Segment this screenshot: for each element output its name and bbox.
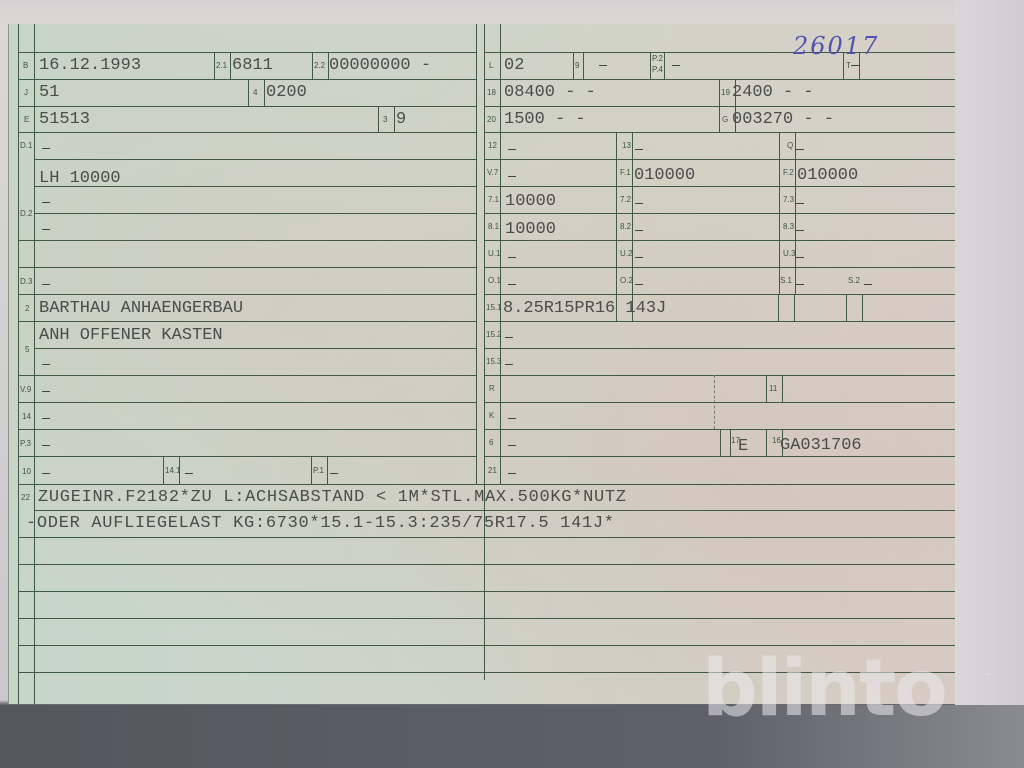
label-8-1: 8.1 xyxy=(488,223,499,231)
label-L: L xyxy=(489,62,493,70)
field-2-manufacturer: BARTHAU ANHAENGERBAU xyxy=(39,300,243,317)
field-O-1-trailer-braked xyxy=(508,284,516,285)
label-S-1: S.1 xyxy=(780,277,792,285)
field-5-line2 xyxy=(42,364,50,365)
remarks-line-2: -ODER AUFLIEGELAST KG:6730*15.1-15.3:235… xyxy=(26,515,615,532)
label-6: 6 xyxy=(489,439,493,447)
label-22: 22 xyxy=(21,494,30,502)
field-2-1-manufacturer-code: 6811 xyxy=(232,57,273,74)
label-20: 20 xyxy=(487,116,496,124)
label-U-1: U.1 xyxy=(488,250,500,258)
field-D-1-type: LH 10000 xyxy=(39,170,121,187)
field-19-width: 2400 - - xyxy=(732,84,814,101)
center-divider xyxy=(476,24,477,484)
field-16-document-number: GA031706 xyxy=(780,437,862,454)
field-E-vin-check: 51513 xyxy=(39,111,90,128)
field-L-axles: 02 xyxy=(504,57,524,74)
field-8-1-axle1-permitted: 10000 xyxy=(505,221,556,238)
field-14-1-emission-code xyxy=(185,473,193,474)
field-17-approval-type: E xyxy=(738,438,748,455)
field-15-2-tyres-axle2 xyxy=(505,337,513,338)
label-F-1: F.1 xyxy=(620,169,631,177)
label-15-3: 15.3 xyxy=(486,358,502,366)
label-O-1: O.1 xyxy=(488,277,501,285)
label-P-1: P.1 xyxy=(313,467,324,475)
label-G: G xyxy=(722,116,728,124)
label-4: 4 xyxy=(253,89,257,97)
field-D-3-trade-name xyxy=(42,284,50,285)
field-Q-power-weight xyxy=(796,149,804,150)
field-V-7-co2 xyxy=(508,176,516,177)
blinto-watermark-logo: blinto xyxy=(702,650,946,728)
field-8-3-axle3-permitted xyxy=(796,230,804,231)
label-2-2: 2.2 xyxy=(314,62,325,70)
label-21: 21 xyxy=(488,467,497,475)
label-5: 5 xyxy=(25,346,29,354)
label-15-1: 15.1 xyxy=(486,304,502,312)
label-O-2: O.2 xyxy=(620,277,633,285)
field-15-1-tyres-axle1: 8.25R15PR16 143J xyxy=(503,300,666,317)
margin-line xyxy=(8,24,9,704)
field-V-9-emission-class xyxy=(42,391,50,392)
field-13-support-load xyxy=(635,149,643,150)
label-U-3: U.3 xyxy=(783,250,795,258)
label-11: 11 xyxy=(769,385,777,393)
field-14-emission-directive xyxy=(42,418,50,419)
label-10: 10 xyxy=(22,468,31,476)
field-F-2-max-mass-permitted: 010000 xyxy=(797,167,858,184)
field-9-driven-axles xyxy=(599,65,607,66)
field-6-approval-date xyxy=(508,445,516,446)
field-15-3-tyres-axle3 xyxy=(505,364,513,365)
field-10-fuel-code xyxy=(42,473,50,474)
label-F-2: F.2 xyxy=(783,169,794,177)
label-15-2: 15.2 xyxy=(486,331,502,339)
label-7-1: 7.1 xyxy=(488,196,499,204)
field-U-1-noise-stationary xyxy=(508,257,516,258)
label-13: 13 xyxy=(622,142,631,150)
field-5-vehicle-type: ANH OFFENER KASTEN xyxy=(39,327,223,344)
label-18: 18 xyxy=(487,89,496,97)
trademark-symbol: ™ xyxy=(985,672,993,681)
label-R: R xyxy=(489,385,495,393)
field-U-3-noise-driving xyxy=(796,257,804,258)
registration-document: B 16.12.1993 2.1 6811 2.2 00000000 - J 5… xyxy=(8,24,955,704)
label-K: K xyxy=(489,412,494,420)
label-Q: Q xyxy=(787,142,793,150)
field-F-1-max-mass-technical: 010000 xyxy=(634,167,695,184)
field-18-length: 08400 - - xyxy=(504,84,596,101)
field-G-empty-mass: 003270 - - xyxy=(732,111,834,128)
label-19: 19 xyxy=(721,89,730,97)
remarks-line-1: ZUGEINR.F2182*ZU L:ACHSABSTAND < 1M*STL.… xyxy=(38,489,627,506)
field-B-first-registration-date: 16.12.1993 xyxy=(39,57,141,74)
field-S-1-seats xyxy=(796,284,804,285)
background-surface-right xyxy=(955,0,1024,768)
label-P-4: P.4 xyxy=(652,66,663,74)
field-3-check-digit: 9 xyxy=(396,111,406,128)
label-S-2: S.2 xyxy=(848,277,860,285)
field-4-body-type: 0200 xyxy=(266,84,307,101)
field-7-2-axle2-load xyxy=(635,203,643,204)
field-T-max-speed xyxy=(851,65,859,66)
label-3: 3 xyxy=(383,116,387,124)
field-20-height: 1500 - - xyxy=(504,111,586,128)
label-14-1: 14.1 xyxy=(165,467,181,475)
field-8-2-axle2-permitted xyxy=(635,230,643,231)
label-7-2: 7.2 xyxy=(620,196,631,204)
label-2-1: 2.1 xyxy=(216,62,227,70)
field-D-2-variant xyxy=(42,202,50,203)
label-D-2: D.2 xyxy=(20,210,32,218)
field-U-2-engine-speed xyxy=(635,257,643,258)
label-V-7: V.7 xyxy=(487,169,498,177)
label-J: J xyxy=(24,89,28,97)
label-E: E xyxy=(24,116,29,124)
field-P-3-fuel-type xyxy=(42,445,50,446)
label-D-3: D.3 xyxy=(20,278,32,286)
label-12: 12 xyxy=(488,142,497,150)
margin-line xyxy=(18,24,19,704)
label-P-3: P.3 xyxy=(20,440,31,448)
center-divider xyxy=(484,24,485,680)
field-P-2-P-4-power xyxy=(672,65,680,66)
label-B: B xyxy=(23,62,28,70)
field-J-vehicle-class: 51 xyxy=(39,84,59,101)
field-7-3-axle3-load xyxy=(796,203,804,204)
field-K-type-approval xyxy=(508,418,516,419)
label-14: 14 xyxy=(22,413,31,421)
field-12-tank-volume xyxy=(508,149,516,150)
label-2: 2 xyxy=(25,305,29,313)
label-8-3: 8.3 xyxy=(783,223,794,231)
field-7-1-axle1-load: 10000 xyxy=(505,193,556,210)
label-V-9: V.9 xyxy=(20,386,31,394)
label-P-2: P.2 xyxy=(652,55,663,63)
field-S-2-standing xyxy=(864,284,872,285)
label-9: 9 xyxy=(575,62,579,70)
field-2-2-type-code: 00000000 - xyxy=(329,57,431,74)
label-8-2: 8.2 xyxy=(620,223,631,231)
field-21-other-notes xyxy=(508,473,516,474)
field-O-2-trailer-unbraked xyxy=(635,284,643,285)
label-U-2: U.2 xyxy=(620,250,632,258)
handwritten-reference-number: 26017 xyxy=(793,32,879,60)
field-D-1-make xyxy=(42,148,50,149)
label-T: T xyxy=(846,62,851,70)
label-column-line xyxy=(34,24,35,704)
label-7-3: 7.3 xyxy=(783,196,794,204)
field-D-2-version xyxy=(42,229,50,230)
field-P-1-displacement xyxy=(330,473,338,474)
label-D-1: D.1 xyxy=(20,142,32,150)
